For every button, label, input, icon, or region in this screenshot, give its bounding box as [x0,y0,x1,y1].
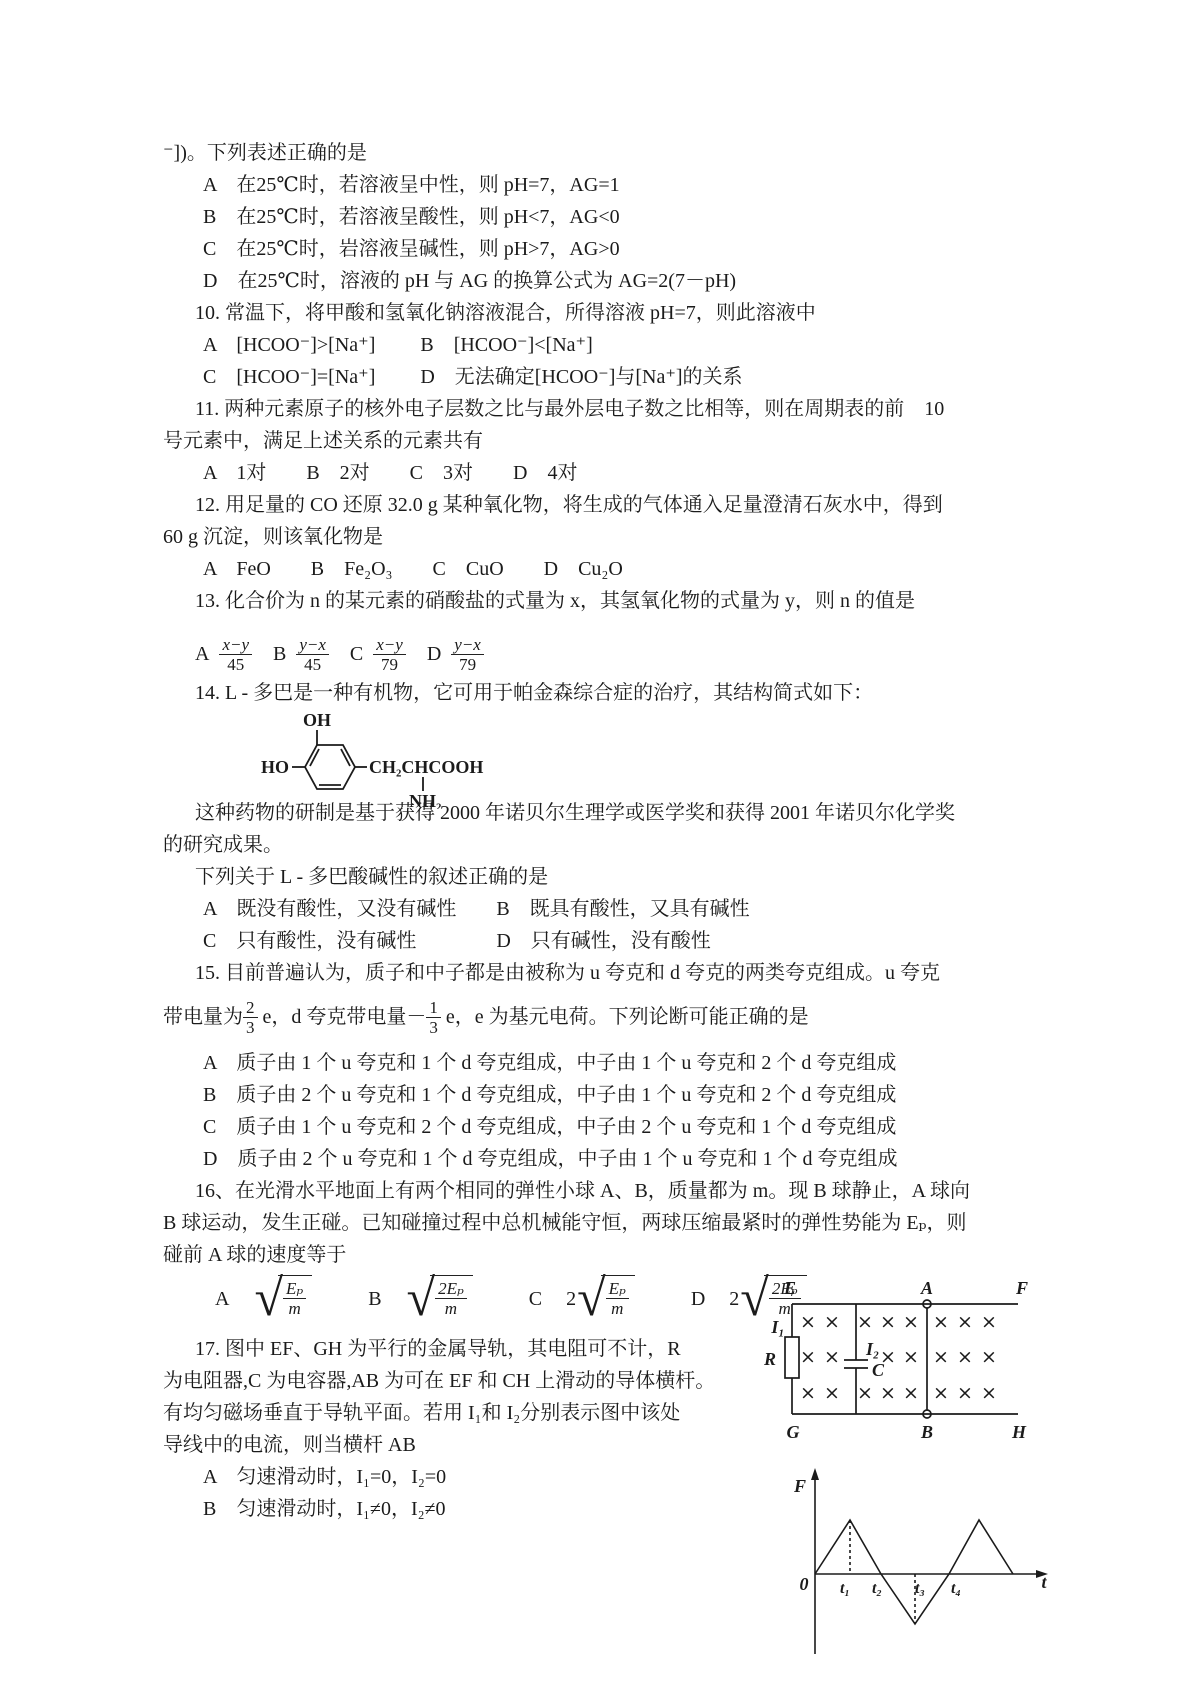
label-I2: I₂ [865,1339,879,1359]
svg-text:×: × [957,1382,973,1404]
q12-stem-1: 12. 用足量的 CO 还原 32.0 g 某种氧化物，将生成的气体通入足量澄清… [163,489,1048,521]
svg-text:×: × [880,1311,896,1333]
q16-stem-3: 碰前 A 球的速度等于 [163,1239,1048,1271]
q15-stem: 15. 目前普遍认为，质子和中子都是由被称为 u 夸克和 d 夸克的两类夸克组成… [163,957,1048,989]
exam-page: ⁻])。下列表述正确的是 A 在25℃时，若溶液呈中性，则 pH=7，AG=1 … [0,0,1200,1698]
fraction: y−x45 [296,635,329,674]
fraction: x−y45 [219,635,252,674]
svg-text:×: × [824,1311,840,1333]
svg-text:×: × [981,1382,997,1404]
label-E: E [783,1278,796,1298]
label-F: F [793,1476,806,1496]
svg-text:×: × [981,1311,997,1333]
svg-text:×: × [957,1346,973,1368]
label-R: R [763,1349,776,1369]
svg-text:×: × [800,1346,816,1368]
q13-options-row: A x−y45 B y−x45 C x−y79 D y−x79 [163,631,1048,677]
svg-text:×: × [933,1382,949,1404]
label-G: G [787,1422,800,1442]
svg-text:×: × [903,1346,919,1368]
circuit-diagram: E A F G B H R I₁ I₂ C × × × × × × × × × … [698,1272,1098,1452]
q9-option-a: A 在25℃时，若溶液呈中性，则 pH=7，AG=1 [163,169,1048,201]
q17-circuit-figure: E A F G B H R I₁ I₂ C × × × × × × × × × … [698,1272,1098,1457]
ldopa-structure-figure: OH HO CH₂CHCOOH NH₂ [163,709,1048,797]
tick-t1: t₁ [840,1580,850,1597]
q15-option-c: C 质子由 1 个 u 夸克和 2 个 d 夸克组成，中子由 2 个 u 夸克和… [163,1111,1048,1143]
tick-t4: t₄ [951,1580,961,1597]
svg-text:×: × [880,1382,896,1404]
q14-note-3: 下列关于 L - 多巴酸碱性的叙述正确的是 [163,861,1048,893]
q14-note-2: 的研究成果。 [163,829,1048,861]
svg-text:×: × [957,1311,973,1333]
q16-option-c: C2 √Eₚm [529,1275,635,1323]
svg-text:×: × [800,1382,816,1404]
svg-text:×: × [824,1382,840,1404]
q16-stem-1: 16、在光滑水平地面上有两个相同的弹性小球 A、B，质量都为 m。现 B 球静止… [163,1175,1048,1207]
svg-text:×: × [981,1346,997,1368]
tick-t2: t₂ [872,1580,882,1597]
q14-options-row-1: A 既没有酸性，又没有碱性 B 既具有酸性，又具有碱性 [163,893,1048,925]
force-time-graph: F t 0 t₁ t₂ t₃ t₄ [752,1460,1092,1670]
q10-stem: 10. 常温下，将甲酸和氢氧化钠溶液混合，所得溶液 pH=7，则此溶液中 [163,297,1048,329]
q15-option-a: A 质子由 1 个 u 夸克和 1 个 d 夸克组成，中子由 1 个 u 夸克和… [163,1047,1048,1079]
q15-option-b: B 质子由 2 个 u 夸克和 1 个 d 夸克组成，中子由 1 个 u 夸克和… [163,1079,1048,1111]
label-origin: 0 [800,1574,809,1594]
q10-options-row-1: A [HCOO⁻]>[Na⁺] B [HCOO⁻]<[Na⁺] [163,329,1048,361]
q16-stem-2: B 球运动，发生正碰。已知碰撞过程中总机械能守恒，两球压缩最紧时的弹性势能为 E… [163,1207,1048,1239]
q13-option-d: D y−x79 [427,635,484,674]
q16-option-b: B √2Eₚm [368,1275,473,1323]
svg-text:×: × [933,1346,949,1368]
q11-options-row: A 1对 B 2对 C 3对 D 4对 [163,457,1048,489]
force-time-graph-figure: F t 0 t₁ t₂ t₃ t₄ [752,1460,1092,1675]
square-root: √Eₚm [577,1275,635,1323]
ldopa-structure-diagram: OH HO CH₂CHCOOH NH₂ [225,709,605,809]
q16-option-a: A √Eₚm [215,1275,312,1323]
resistor [785,1337,799,1378]
label-t: t [1041,1572,1047,1592]
q9-option-b: B 在25℃时，若溶液呈酸性，则 pH<7，AG<0 [163,201,1048,233]
fraction: y−x79 [451,635,484,674]
q14-stem: 14. L - 多巴是一种有机物，它可用于帕金森综合症的治疗，其结构简式如下： [163,677,1048,709]
svg-text:×: × [800,1311,816,1333]
q13-option-a: A x−y45 [195,635,252,674]
svg-text:×: × [903,1382,919,1404]
q12-stem-2: 60 g 沉淀，则该氧化物是 [163,521,1048,553]
q9-option-c: C 在25℃时，岩溶液呈碱性，则 pH>7，AG>0 [163,233,1048,265]
q15-charge-line: 带电量为 23 e，d 夸克带电量－ 13 e，e 为基元电荷。下列论断可能正确… [163,993,1048,1041]
q15-option-d: D 质子由 2 个 u 夸克和 1 个 d 夸克组成，中子由 1 个 u 夸克和… [163,1143,1048,1175]
label-I1: I₁ [770,1317,784,1337]
svg-text:×: × [880,1346,896,1368]
q9-option-d: D 在25℃时，溶液的 pH 与 AG 的换算公式为 AG=2(7－pH) [163,265,1048,297]
svg-text:×: × [933,1311,949,1333]
fraction: 13 [426,998,441,1037]
nh2-label: NH₂ [409,791,441,809]
q11-stem-1: 11. 两种元素原子的核外电子层数之比与最外层电子数之比相等，则在周期表的前 1… [163,393,1048,425]
square-root: √2Eₚm [407,1275,473,1323]
q13-option-c: C x−y79 [350,635,406,674]
q10-options-row-2: C [HCOO⁻]=[Na⁺] D 无法确定[HCOO⁻]与[Na⁺]的关系 [163,361,1048,393]
tick-t3: t₃ [915,1580,925,1597]
label-F: F [1015,1278,1028,1298]
oh-label: OH [303,710,331,730]
svg-text:×: × [857,1311,873,1333]
q14-options-row-2: C 只有酸性，没有碱性 D 只有碱性，没有酸性 [163,925,1048,957]
q12-options-row: A FeO B Fe₂O₃ C CuO D Cu₂O [163,553,1048,585]
ho-label: HO [261,757,289,777]
chain-label: CH₂CHCOOH [369,757,483,777]
label-B: B [920,1422,933,1442]
svg-text:×: × [857,1382,873,1404]
svg-text:×: × [824,1346,840,1368]
label-A: A [920,1278,933,1298]
q13-option-b: B y−x45 [273,635,329,674]
y-axis-arrow [811,1468,819,1480]
q11-stem-2: 号元素中，满足上述关系的元素共有 [163,425,1048,457]
fraction: x−y79 [373,635,406,674]
triangular-wave [815,1520,1013,1624]
q13-stem: 13. 化合价为 n 的某元素的硝酸盐的式量为 x，其氢氧化物的式量为 y，则 … [163,585,1048,617]
q9-intro: ⁻])。下列表述正确的是 [163,137,1048,169]
square-root: √Eₚm [254,1275,312,1323]
svg-text:×: × [903,1311,919,1333]
label-H: H [1011,1422,1027,1442]
fraction: 23 [243,998,258,1037]
field-crosses: × × × × × × × × × × × × × × × × × × × × [800,1311,997,1404]
